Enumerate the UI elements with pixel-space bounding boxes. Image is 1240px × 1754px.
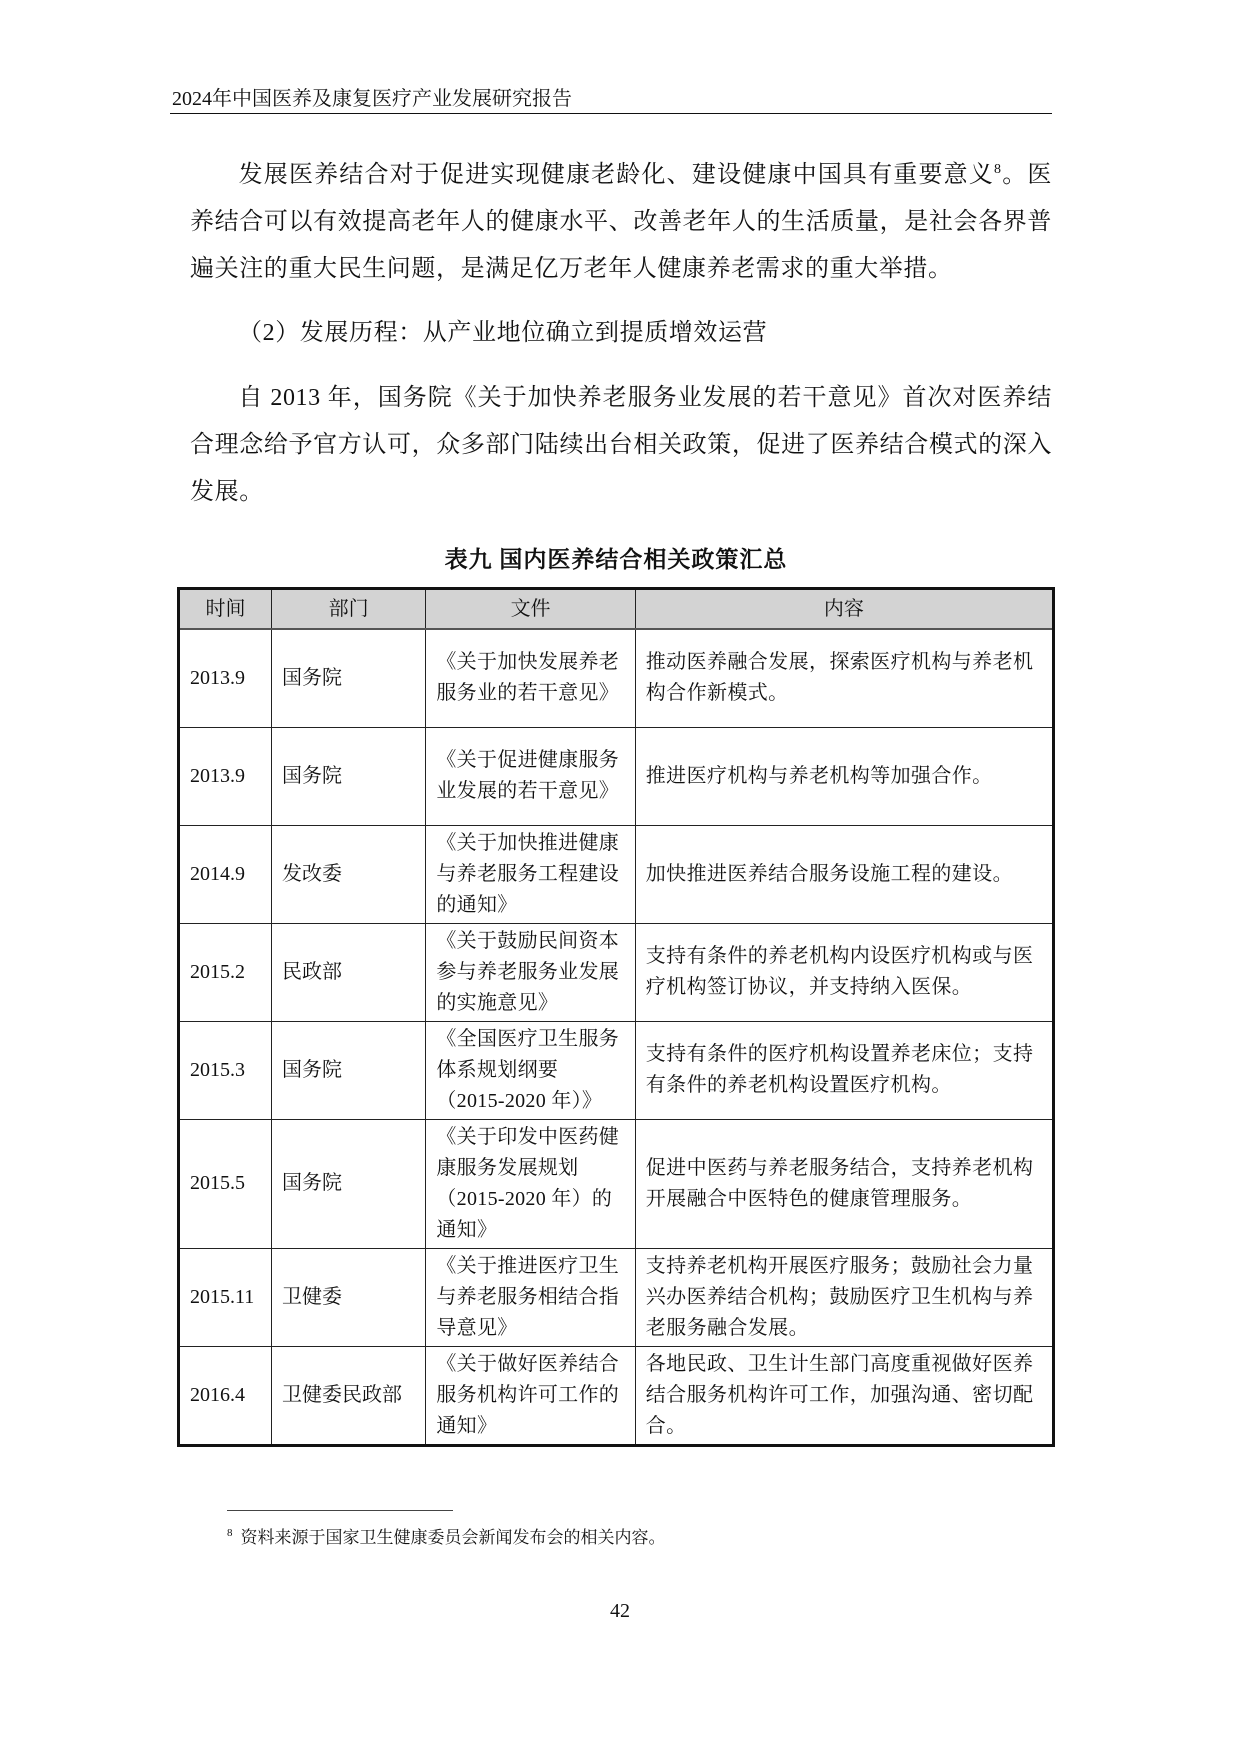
footnote-number: 8 <box>227 1527 233 1539</box>
cell-content: 各地民政、卫生计生部门高度重视做好医养结合服务机构许可工作，加强沟通、密切配合。 <box>635 1346 1053 1445</box>
cell-content: 支持养老机构开展医疗服务；鼓励社会力量兴办医养结合机构；鼓励医疗卫生机构与养老服… <box>635 1248 1053 1346</box>
cell-document: 《关于做好医养结合服务机构许可工作的通知》 <box>426 1346 635 1445</box>
cell-document: 《关于加快推进健康与养老服务工程建设的通知》 <box>426 825 635 923</box>
table-row: 2016.4 卫健委民政部 《关于做好医养结合服务机构许可工作的通知》 各地民政… <box>179 1346 1054 1445</box>
table-header-row: 时间 部门 文件 内容 <box>179 589 1054 630</box>
cell-content: 加快推进医养结合服务设施工程的建设。 <box>635 825 1053 923</box>
page-number: 42 <box>0 1598 1240 1624</box>
cell-time: 2014.9 <box>179 825 272 923</box>
cell-document: 《关于印发中医药健康服务发展规划（2015-2020 年）的通知》 <box>426 1119 635 1248</box>
cell-content: 推动医养融合发展，探索医疗机构与养老机构合作新模式。 <box>635 629 1053 727</box>
paragraph-text: 自 2013 年，国务院《关于加快养老服务业发展的若干意见》首次对医养结合理念给… <box>190 385 1052 505</box>
cell-content: 推进医疗机构与养老机构等加强合作。 <box>635 727 1053 825</box>
cell-time: 2015.11 <box>179 1248 272 1346</box>
section-subheading: （2）发展历程：从产业地位确立到提质增效运营 <box>238 313 767 353</box>
cell-content: 支持有条件的医疗机构设置养老床位；支持有条件的养老机构设置医疗机构。 <box>635 1021 1053 1119</box>
paragraph-history: 自 2013 年，国务院《关于加快养老服务业发展的若干意见》首次对医养结合理念给… <box>190 375 1052 516</box>
footnote-separator <box>227 1510 453 1511</box>
column-header-document: 文件 <box>426 589 635 630</box>
cell-content: 促进中医药与养老服务结合，支持养老机构开展融合中医特色的健康管理服务。 <box>635 1119 1053 1248</box>
table-row: 2013.9 国务院 《关于促进健康服务业发展的若干意见》 推进医疗机构与养老机… <box>179 727 1054 825</box>
cell-department: 发改委 <box>271 825 425 923</box>
footnote-reference[interactable]: 8 <box>994 162 1002 177</box>
table-row: 2015.2 民政部 《关于鼓励民间资本参与养老服务业发展的实施意见》 支持有条… <box>179 923 1054 1021</box>
cell-department: 卫健委 <box>271 1248 425 1346</box>
column-header-time: 时间 <box>179 589 272 630</box>
column-header-department: 部门 <box>271 589 425 630</box>
cell-department: 国务院 <box>271 727 425 825</box>
cell-department: 国务院 <box>271 629 425 727</box>
cell-document: 《关于促进健康服务业发展的若干意见》 <box>426 727 635 825</box>
footnote-text: 资料来源于国家卫生健康委员会新闻发布会的相关内容。 <box>241 1528 666 1547</box>
table-row: 2015.11 卫健委 《关于推进医疗卫生与养老服务相结合指导意见》 支持养老机… <box>179 1248 1054 1346</box>
cell-time: 2013.9 <box>179 727 272 825</box>
cell-department: 国务院 <box>271 1119 425 1248</box>
cell-time: 2015.2 <box>179 923 272 1021</box>
cell-department: 民政部 <box>271 923 425 1021</box>
running-header: 2024年中国医养及康复医疗产业发展研究报告 <box>172 86 1052 112</box>
table-row: 2014.9 发改委 《关于加快推进健康与养老服务工程建设的通知》 加快推进医养… <box>179 825 1054 923</box>
table-row: 2015.5 国务院 《关于印发中医药健康服务发展规划（2015-2020 年）… <box>179 1119 1054 1248</box>
cell-time: 2015.3 <box>179 1021 272 1119</box>
table-caption: 表九 国内医养结合相关政策汇总 <box>177 543 1055 577</box>
policy-table: 时间 部门 文件 内容 2013.9 国务院 《关于加快发展养老服务业的若干意见… <box>177 587 1055 1447</box>
cell-department: 卫健委民政部 <box>271 1346 425 1445</box>
cell-time: 2015.5 <box>179 1119 272 1248</box>
cell-document: 《全国医疗卫生服务体系规划纲要（2015-2020 年）》 <box>426 1021 635 1119</box>
paragraph-text: 发展医养结合对于促进实现健康老龄化、建设健康中国具有重要意义 <box>238 162 994 188</box>
cell-time: 2016.4 <box>179 1346 272 1445</box>
footnote: 8资料来源于国家卫生健康委员会新闻发布会的相关内容。 <box>227 1526 666 1550</box>
header-rule <box>170 113 1052 114</box>
cell-department: 国务院 <box>271 1021 425 1119</box>
cell-content: 支持有条件的养老机构内设医疗机构或与医疗机构签订协议，并支持纳入医保。 <box>635 923 1053 1021</box>
cell-document: 《关于推进医疗卫生与养老服务相结合指导意见》 <box>426 1248 635 1346</box>
cell-document: 《关于鼓励民间资本参与养老服务业发展的实施意见》 <box>426 923 635 1021</box>
cell-time: 2013.9 <box>179 629 272 727</box>
cell-document: 《关于加快发展养老服务业的若干意见》 <box>426 629 635 727</box>
table-row: 2015.3 国务院 《全国医疗卫生服务体系规划纲要（2015-2020 年）》… <box>179 1021 1054 1119</box>
column-header-content: 内容 <box>635 589 1053 630</box>
paragraph-significance: 发展医养结合对于促进实现健康老龄化、建设健康中国具有重要意义8。医养结合可以有效… <box>190 152 1052 293</box>
table-row: 2013.9 国务院 《关于加快发展养老服务业的若干意见》 推动医养融合发展，探… <box>179 629 1054 727</box>
